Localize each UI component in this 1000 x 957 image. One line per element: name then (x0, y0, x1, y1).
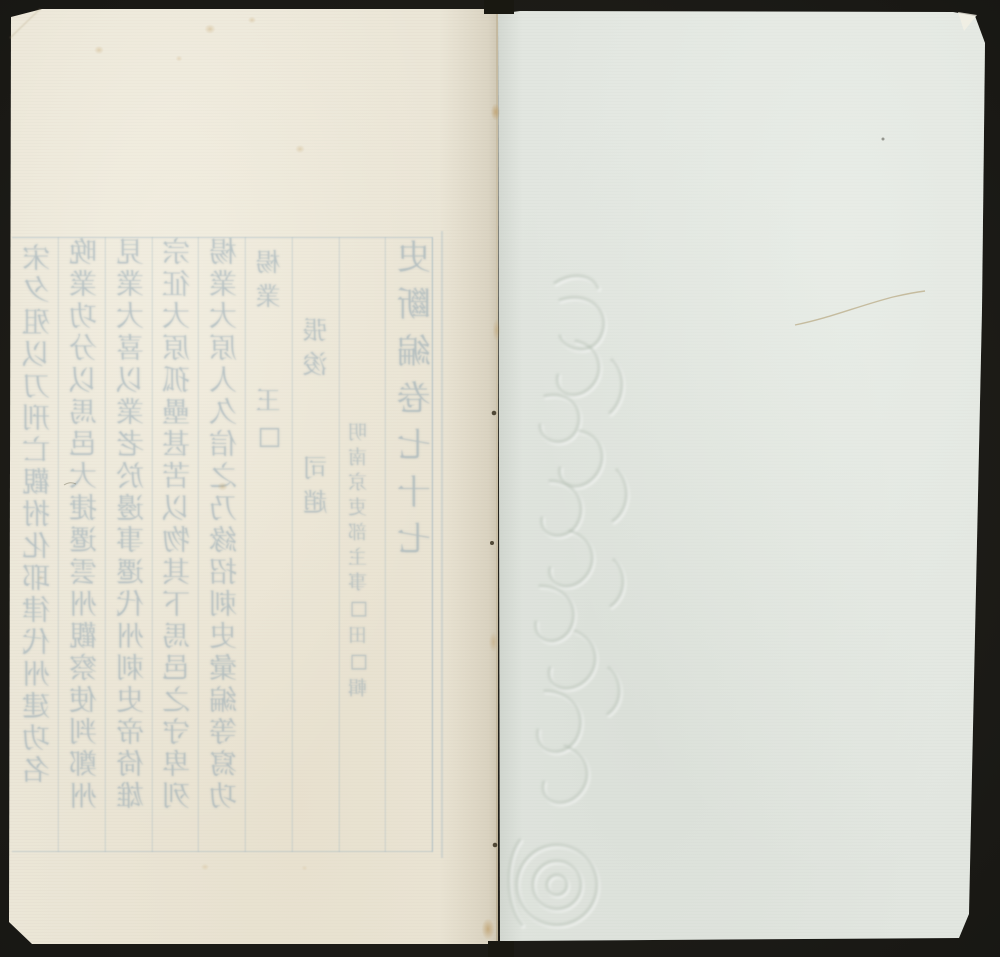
right-page (498, 9, 988, 942)
show-through-outer-border (441, 231, 443, 858)
gutter-notch-top (484, 0, 514, 14)
gutter-notch-bottom (488, 941, 514, 957)
show-through-frame (12, 237, 433, 852)
book-scan: 史斷編卷七十七明南京吏部主事□田□輯張浚司趙楊業王□楊業大原人久信之乃緣招刺史彙… (0, 0, 1000, 957)
book-gutter (496, 8, 498, 944)
show-through-text-block: 史斷編卷七十七明南京吏部主事□田□輯張浚司趙楊業王□楊業大原人久信之乃緣招刺史彙… (12, 237, 433, 852)
